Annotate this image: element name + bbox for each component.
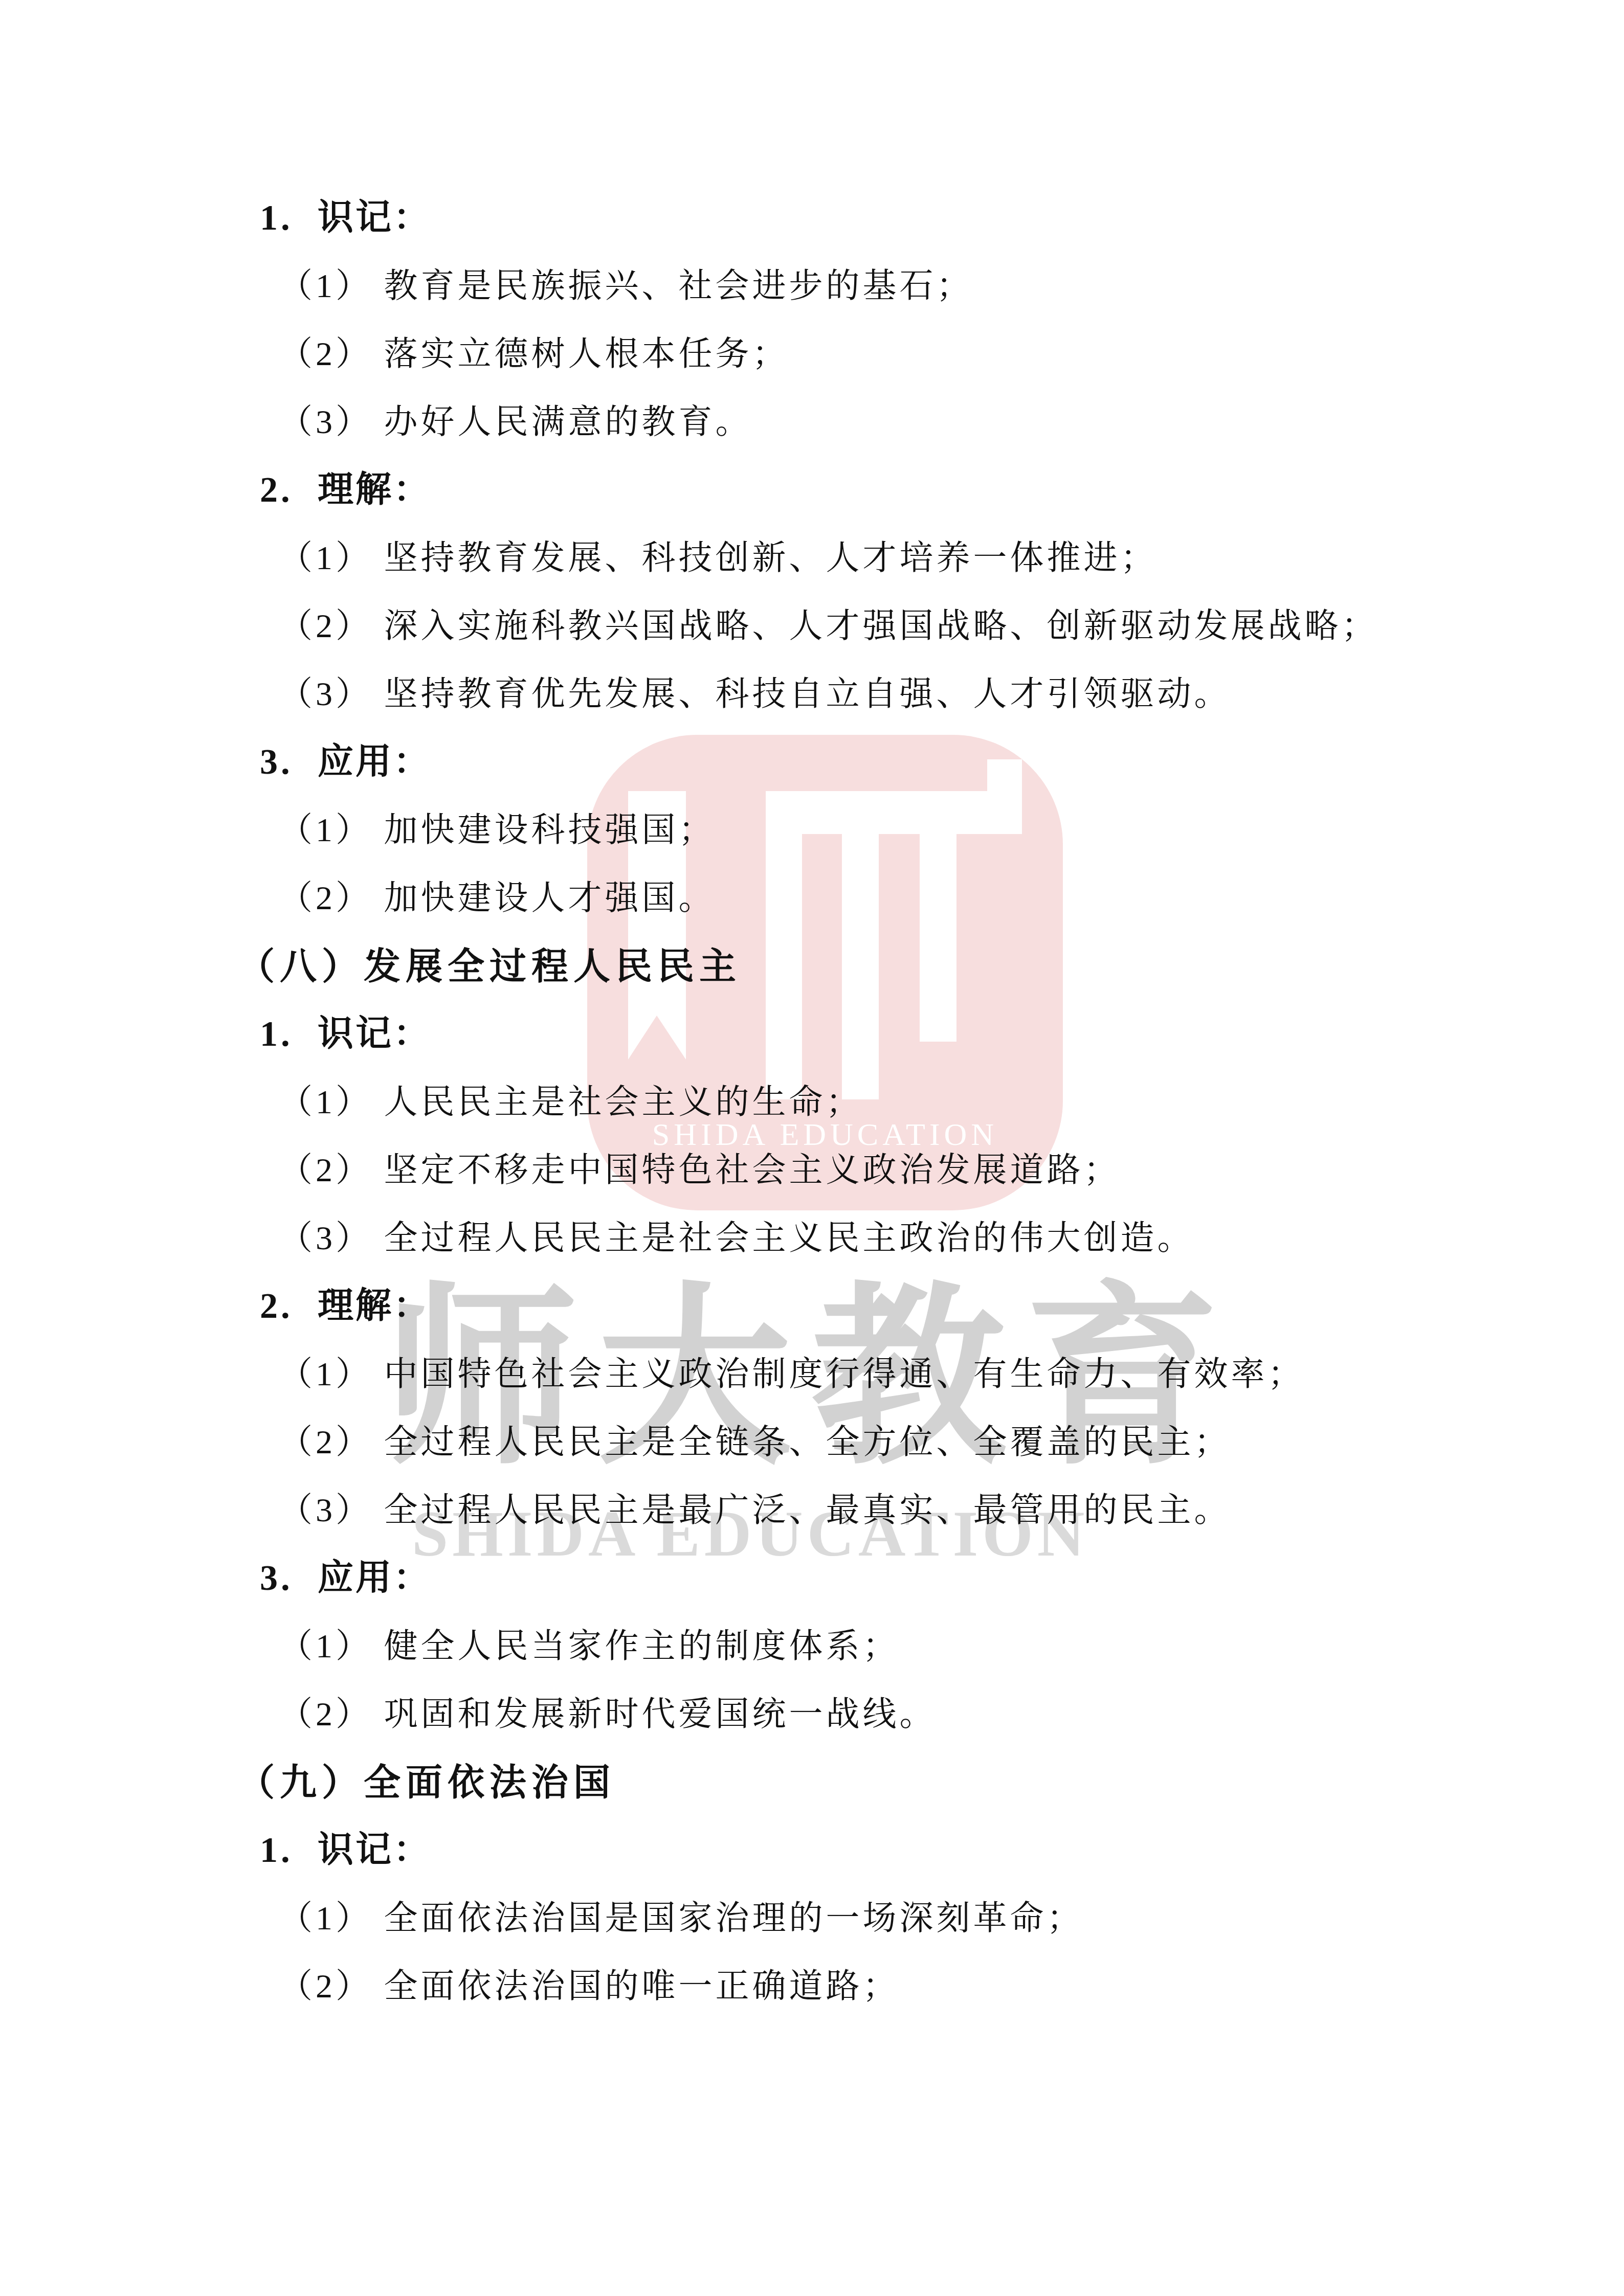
text-line-25: 1．识记：: [0, 1813, 1624, 1881]
text-line-27: （2） 全面依法治国的唯一正确道路；: [0, 1949, 1624, 2017]
text-line-13: 1．识记：: [0, 997, 1624, 1065]
text-line-1: 1．识记：: [0, 181, 1624, 249]
text-line-5: 2．理解：: [0, 453, 1624, 521]
text-line-2: （1） 教育是民族振兴、社会进步的基石；: [0, 249, 1624, 317]
text-line-19: （2） 全过程人民民主是全链条、全方位、全覆盖的民主；: [0, 1405, 1624, 1473]
text-line-8: （3） 坚持教育优先发展、科技自立自强、人才引领驱动。: [0, 657, 1624, 725]
text-line-20: （3） 全过程人民民主是最广泛、最真实、最管用的民主。: [0, 1473, 1624, 1541]
text-line-26: （1） 全面依法治国是国家治理的一场深刻革命；: [0, 1881, 1624, 1949]
text-line-12: （八）发展全过程人民民主: [0, 929, 1624, 997]
text-line-7: （2） 深入实施科教兴国战略、人才强国战略、创新驱动发展战略；: [0, 589, 1624, 657]
text-line-24: （九）全面依法治国: [0, 1745, 1624, 1813]
text-line-11: （2） 加快建设人才强国。: [0, 861, 1624, 929]
text-line-3: （2） 落实立德树人根本任务；: [0, 317, 1624, 385]
text-line-21: 3．应用：: [0, 1541, 1624, 1609]
text-line-22: （1） 健全人民当家作主的制度体系；: [0, 1609, 1624, 1677]
document-content: 1．识记：（1） 教育是民族振兴、社会进步的基石；（2） 落实立德树人根本任务；…: [0, 181, 1624, 2017]
text-line-18: （1） 中国特色社会主义政治制度行得通、有生命力、有效率；: [0, 1337, 1624, 1405]
text-line-23: （2） 巩固和发展新时代爱国统一战线。: [0, 1677, 1624, 1745]
text-line-6: （1） 坚持教育发展、科技创新、人才培养一体推进；: [0, 521, 1624, 589]
text-line-14: （1） 人民民主是社会主义的生命；: [0, 1065, 1624, 1133]
text-line-10: （1） 加快建设科技强国；: [0, 793, 1624, 861]
text-line-15: （2） 坚定不移走中国特色社会主义政治发展道路；: [0, 1133, 1624, 1201]
text-line-16: （3） 全过程人民民主是社会主义民主政治的伟大创造。: [0, 1201, 1624, 1269]
text-line-17: 2．理解：: [0, 1269, 1624, 1337]
document-page: 师大教育 SHIDA EDUCATION SHIDA EDUCATION 1．识…: [0, 0, 1624, 2296]
text-line-9: 3．应用：: [0, 725, 1624, 793]
text-line-4: （3） 办好人民满意的教育。: [0, 385, 1624, 453]
